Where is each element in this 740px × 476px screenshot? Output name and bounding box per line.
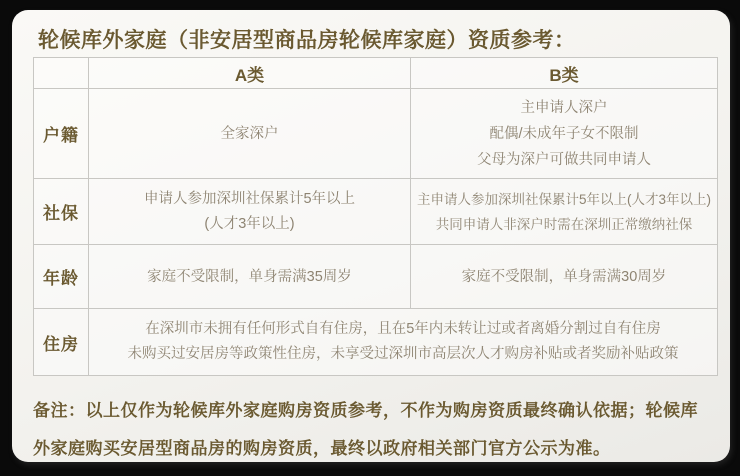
cell-line: 主申请人深户 <box>415 95 713 121</box>
row-label-age: 年龄 <box>34 245 89 309</box>
cell-line: 申请人参加深圳社保累计5年以上 <box>93 187 406 212</box>
table-row-social-insurance: 社保 申请人参加深圳社保累计5年以上 (人才3年以上) 主申请人参加深圳社保累计… <box>34 179 718 245</box>
table-header-row: A类 B类 <box>34 58 718 89</box>
cell-housing-merged: 在深圳市未拥有任何形式自有住房，且在5年内未转让过或者离婚分割过自有住房 未购买… <box>89 309 718 376</box>
cell-line: 父母为深户可做共同申请人 <box>415 147 713 173</box>
page-title: 轮候库外家庭（非安居型商品房轮候库家庭）资质参考： <box>38 24 730 54</box>
row-label-household: 户籍 <box>34 89 89 179</box>
table-row-housing: 住房 在深圳市未拥有任何形式自有住房，且在5年内未转让过或者离婚分割过自有住房 … <box>34 309 718 376</box>
cell-line: 在深圳市未拥有任何形式自有住房，且在5年内未转让过或者离婚分割过自有住房 <box>93 317 713 342</box>
cell-line: 家庭不受限制，单身需满30周岁 <box>415 265 713 289</box>
column-header-a: A类 <box>89 58 411 89</box>
cell-age-b: 家庭不受限制，单身需满30周岁 <box>411 245 718 309</box>
corner-cell <box>34 58 89 89</box>
row-label-housing: 住房 <box>34 309 89 376</box>
note-text: 备注：以上仅作为轮候库外家庭购房资质参考，不作为购房资质最终确认依据；轮候库外家… <box>33 392 715 462</box>
qualification-table: A类 B类 户籍 全家深户 主申请人深户 配偶/未成年子女不限制 父母为深户可做… <box>33 57 718 376</box>
cell-line: 配偶/未成年子女不限制 <box>415 121 713 147</box>
cell-line: 全家深户 <box>93 121 406 147</box>
cell-household-b: 主申请人深户 配偶/未成年子女不限制 父母为深户可做共同申请人 <box>411 89 718 179</box>
cell-age-a: 家庭不受限制，单身需满35周岁 <box>89 245 411 309</box>
cell-social-insurance-a: 申请人参加深圳社保累计5年以上 (人才3年以上) <box>89 179 411 245</box>
table-row-age: 年龄 家庭不受限制，单身需满35周岁 家庭不受限制，单身需满30周岁 <box>34 245 718 309</box>
info-card: 轮候库外家庭（非安居型商品房轮候库家庭）资质参考： A类 B类 户籍 全家深户 … <box>12 10 730 462</box>
column-header-b: B类 <box>411 58 718 89</box>
cell-line: 主申请人参加深圳社保累计5年以上(人才3年以上) <box>415 187 713 212</box>
table-row-household: 户籍 全家深户 主申请人深户 配偶/未成年子女不限制 父母为深户可做共同申请人 <box>34 89 718 179</box>
cell-line: (人才3年以上) <box>93 212 406 237</box>
row-label-social-insurance: 社保 <box>34 179 89 245</box>
cell-line: 未购买过安居房等政策性住房，未享受过深圳市高层次人才购房补贴或者奖励补贴政策 <box>93 342 713 367</box>
cell-social-insurance-b: 主申请人参加深圳社保累计5年以上(人才3年以上) 共同申请人非深户时需在深圳正常… <box>411 179 718 245</box>
cell-household-a: 全家深户 <box>89 89 411 179</box>
cell-line: 家庭不受限制，单身需满35周岁 <box>93 265 406 289</box>
cell-line: 共同申请人非深户时需在深圳正常缴纳社保 <box>415 212 713 237</box>
